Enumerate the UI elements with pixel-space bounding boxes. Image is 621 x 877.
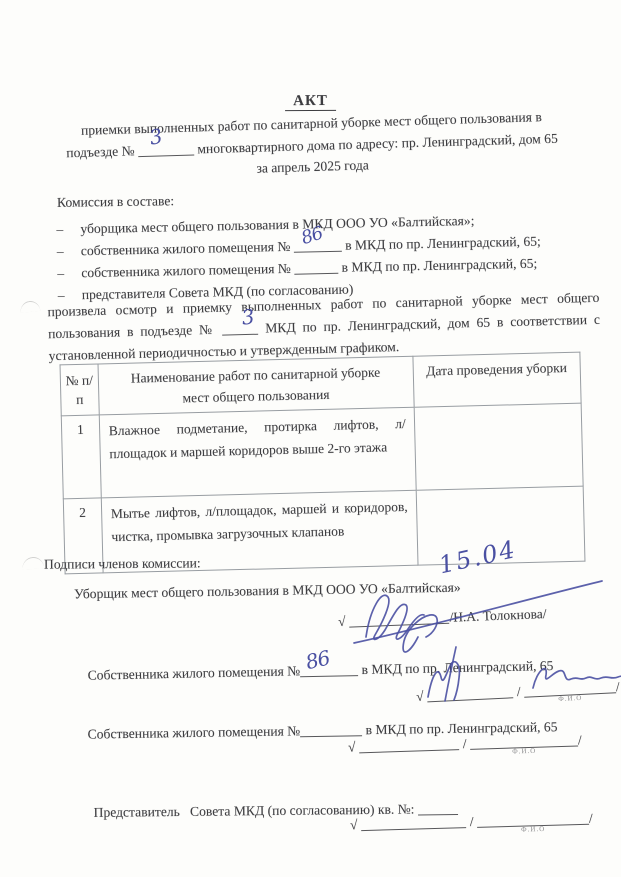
apartment-number-blank [300, 722, 362, 737]
apartment-number-blank: 86 [300, 662, 358, 677]
works-table: № п/п Наименование работ по санитарной у… [60, 352, 586, 575]
header-date: Дата проведения уборки [412, 352, 581, 407]
apartment-number-blank [418, 801, 458, 815]
signature-blank [361, 814, 466, 831]
commission-heading: Комиссия в составе: [57, 193, 174, 211]
row-date: 15.04 [416, 486, 585, 565]
check-mark: √ [350, 817, 358, 832]
scan-artifact-arc [22, 556, 45, 570]
signatures-heading: Подписи членов комиссии: [44, 555, 201, 572]
row-num: 1 [61, 415, 101, 499]
fio-caption: Ф.И.О [512, 747, 536, 756]
name-blank: Ф.И.О [470, 732, 578, 749]
name-blank: Ф.И.О [477, 811, 589, 828]
header-num: № п/п [60, 364, 99, 416]
signature-blank [359, 736, 459, 753]
entrance-number-blank-2: 3 [222, 321, 258, 336]
document-title: АКТ [285, 93, 336, 111]
entrance-number-blank: 3 [138, 141, 194, 157]
header-work: Наименование работ по санитарной уборке … [98, 356, 414, 415]
table-row: 1 Влажное подметание, протирка лифтов, л… [61, 403, 583, 499]
row-date [414, 403, 583, 490]
works-table-wrap: № п/п Наименование работ по санитарной у… [60, 352, 586, 575]
handwritten-apartment-number-2: 86 [304, 646, 332, 675]
handwritten-name-owner1 [527, 652, 621, 700]
row-work: Влажное подметание, протирка лифтов, л/п… [99, 407, 416, 498]
document-subtitle: приемки выполненных работ по санитарной … [37, 105, 587, 186]
scan-artifact-arc [19, 300, 40, 313]
scanned-document-page: АКТ приемки выполненных работ по санитар… [0, 0, 621, 877]
apartment-number-blank: 86 [294, 238, 342, 253]
check-mark: √ [348, 739, 356, 754]
handwritten-cleaning-date: 15.04 [436, 535, 519, 579]
apartment-number-blank [294, 260, 338, 275]
handwritten-signature-owner1 [420, 645, 480, 703]
fio-caption: Ф.И.О [521, 825, 545, 834]
